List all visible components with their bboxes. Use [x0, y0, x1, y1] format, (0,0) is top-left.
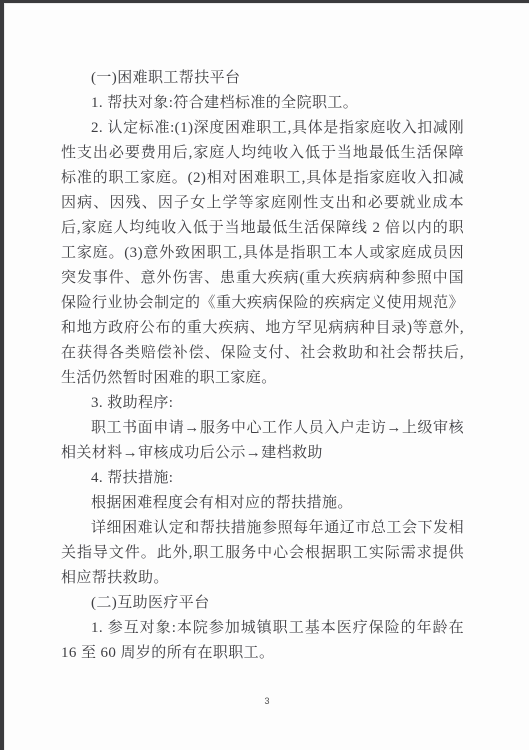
document-page: (一)困难职工帮扶平台 1. 帮扶对象:符合建档标准的全院职工。 2. 认定标准…	[4, 3, 529, 750]
section-1-heading: (一)困难职工帮扶平台	[61, 66, 464, 91]
section-2-heading: (二)互助医疗平台	[61, 591, 464, 616]
page-number: 3	[5, 695, 529, 707]
para-rescue-procedure-label: 3. 救助程序:	[61, 391, 464, 416]
para-rescue-procedure-flow: 职工书面申请→服务中心工作人员入户走访→上级审核相关材料→审核成功后公示→建档救…	[61, 416, 464, 466]
para-help-target: 1. 帮扶对象:符合建档标准的全院职工。	[61, 91, 464, 116]
para-identification-criteria: 2. 认定标准:(1)深度困难职工,具体是指家庭收入扣减刚性支出必要费用后,家庭…	[61, 116, 464, 391]
document-body: (一)困难职工帮扶平台 1. 帮扶对象:符合建档标准的全院职工。 2. 认定标准…	[61, 66, 464, 666]
document-viewer: (一)困难职工帮扶平台 1. 帮扶对象:符合建档标准的全院职工。 2. 认定标准…	[0, 0, 529, 750]
para-mutual-aid-target: 1. 参互对象:本院参加城镇职工基本医疗保险的年龄在 16 至 60 周岁的所有…	[61, 616, 464, 666]
para-help-measures-desc: 根据困难程度会有相对应的帮扶措施。	[61, 491, 464, 516]
para-reference-note: 详细困难认定和帮扶措施参照每年通辽市总工会下发相关指导文件。此外,职工服务中心会…	[61, 516, 464, 591]
para-help-measures-label: 4. 帮扶措施:	[61, 466, 464, 491]
